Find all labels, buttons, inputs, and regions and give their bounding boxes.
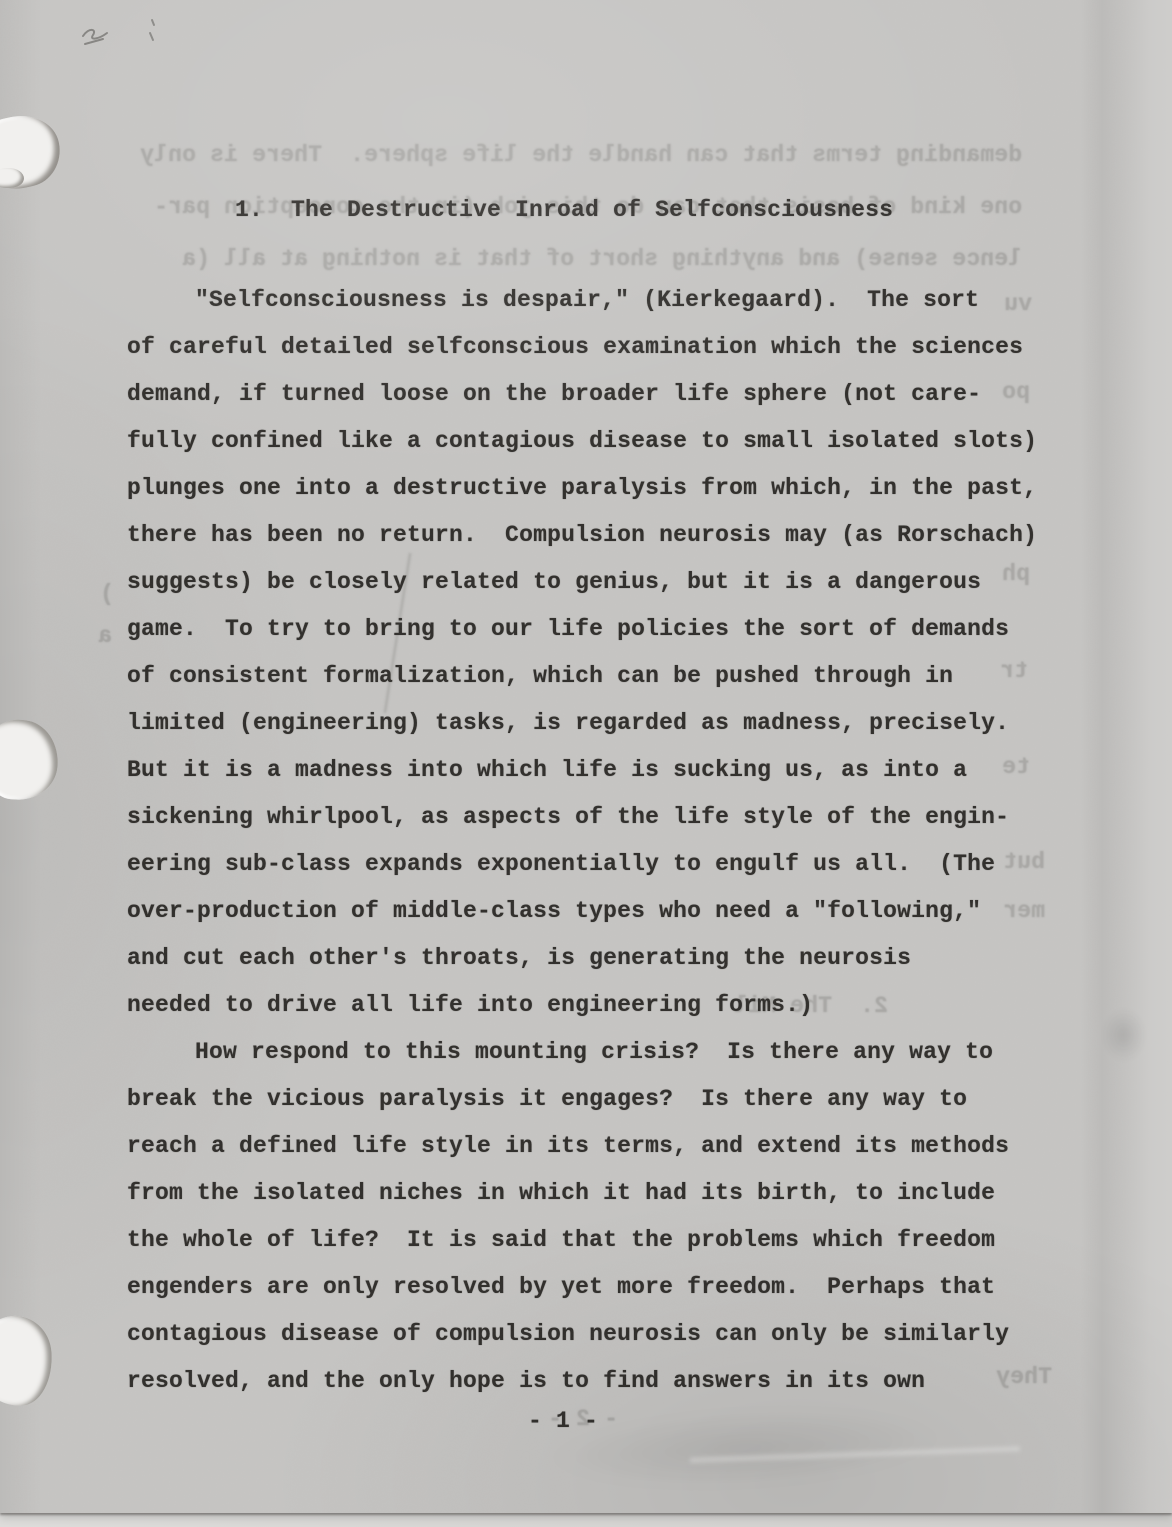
paper-sheet: demanding terms that can handle the life… (0, 0, 1172, 1513)
bleedthrough-text: demanding terms that can handle the life… (140, 141, 1022, 169)
typed-line: game. To try to bring to our life polici… (127, 606, 1037, 653)
typed-body: "Selfconsciousness is despair," (Kierkeg… (127, 277, 1037, 1405)
typed-line: sickening whirlpool, as aspects of the l… (127, 794, 1037, 841)
typed-line: engenders are only resolved by yet more … (127, 1264, 1037, 1311)
typed-line: over-production of middle-class types wh… (127, 888, 1037, 935)
pencil-tick-icon (146, 16, 160, 44)
typed-line: fully confined like a contagious disease… (127, 418, 1037, 465)
section-heading: 1. The Destructive Inroad of Selfconscio… (235, 187, 893, 234)
typed-line: "Selfconsciousness is despair," (Kierkeg… (127, 277, 1037, 324)
typed-line: suggests) be closely related to genius, … (127, 559, 1037, 606)
typed-line: break the vicious paralysis it engages? … (127, 1076, 1037, 1123)
ink-smudge (1102, 1008, 1146, 1062)
typed-line: contagious disease of compulsion neurosi… (127, 1311, 1037, 1358)
typed-line: there has been no return. Compulsion neu… (127, 512, 1037, 559)
typed-line: reach a defined life style in its terms,… (127, 1123, 1037, 1170)
typed-line: from the isolated niches in which it had… (127, 1170, 1037, 1217)
typed-line: the whole of life? It is said that the p… (127, 1217, 1037, 1264)
typed-line: and cut each other's throats, is generat… (127, 935, 1037, 982)
scanned-page: demanding terms that can handle the life… (0, 0, 1172, 1527)
bleedthrough-text: a (98, 622, 112, 650)
typed-line: But it is a madness into which life is s… (127, 747, 1037, 794)
bleedthrough-text: ) (100, 580, 114, 608)
typed-line: plunges one into a destructive paralysis… (127, 465, 1037, 512)
pencil-scribble-icon (78, 22, 114, 54)
typed-line: demand, if turned loose on the broader l… (127, 371, 1037, 418)
typed-line: How respond to this mounting crisis? Is … (127, 1029, 1037, 1076)
bleedthrough-text: lence sense) and anything short of that … (182, 245, 1022, 273)
typed-line: needed to drive all life into engineerin… (127, 982, 1037, 1029)
typed-line: of careful detailed selfconscious examin… (127, 324, 1037, 371)
typed-line: eering sub-class expands exponentially t… (127, 841, 1037, 888)
typed-line: of consistent formalization, which can b… (127, 653, 1037, 700)
typed-line: limited (engineering) tasks, is regarded… (127, 700, 1037, 747)
